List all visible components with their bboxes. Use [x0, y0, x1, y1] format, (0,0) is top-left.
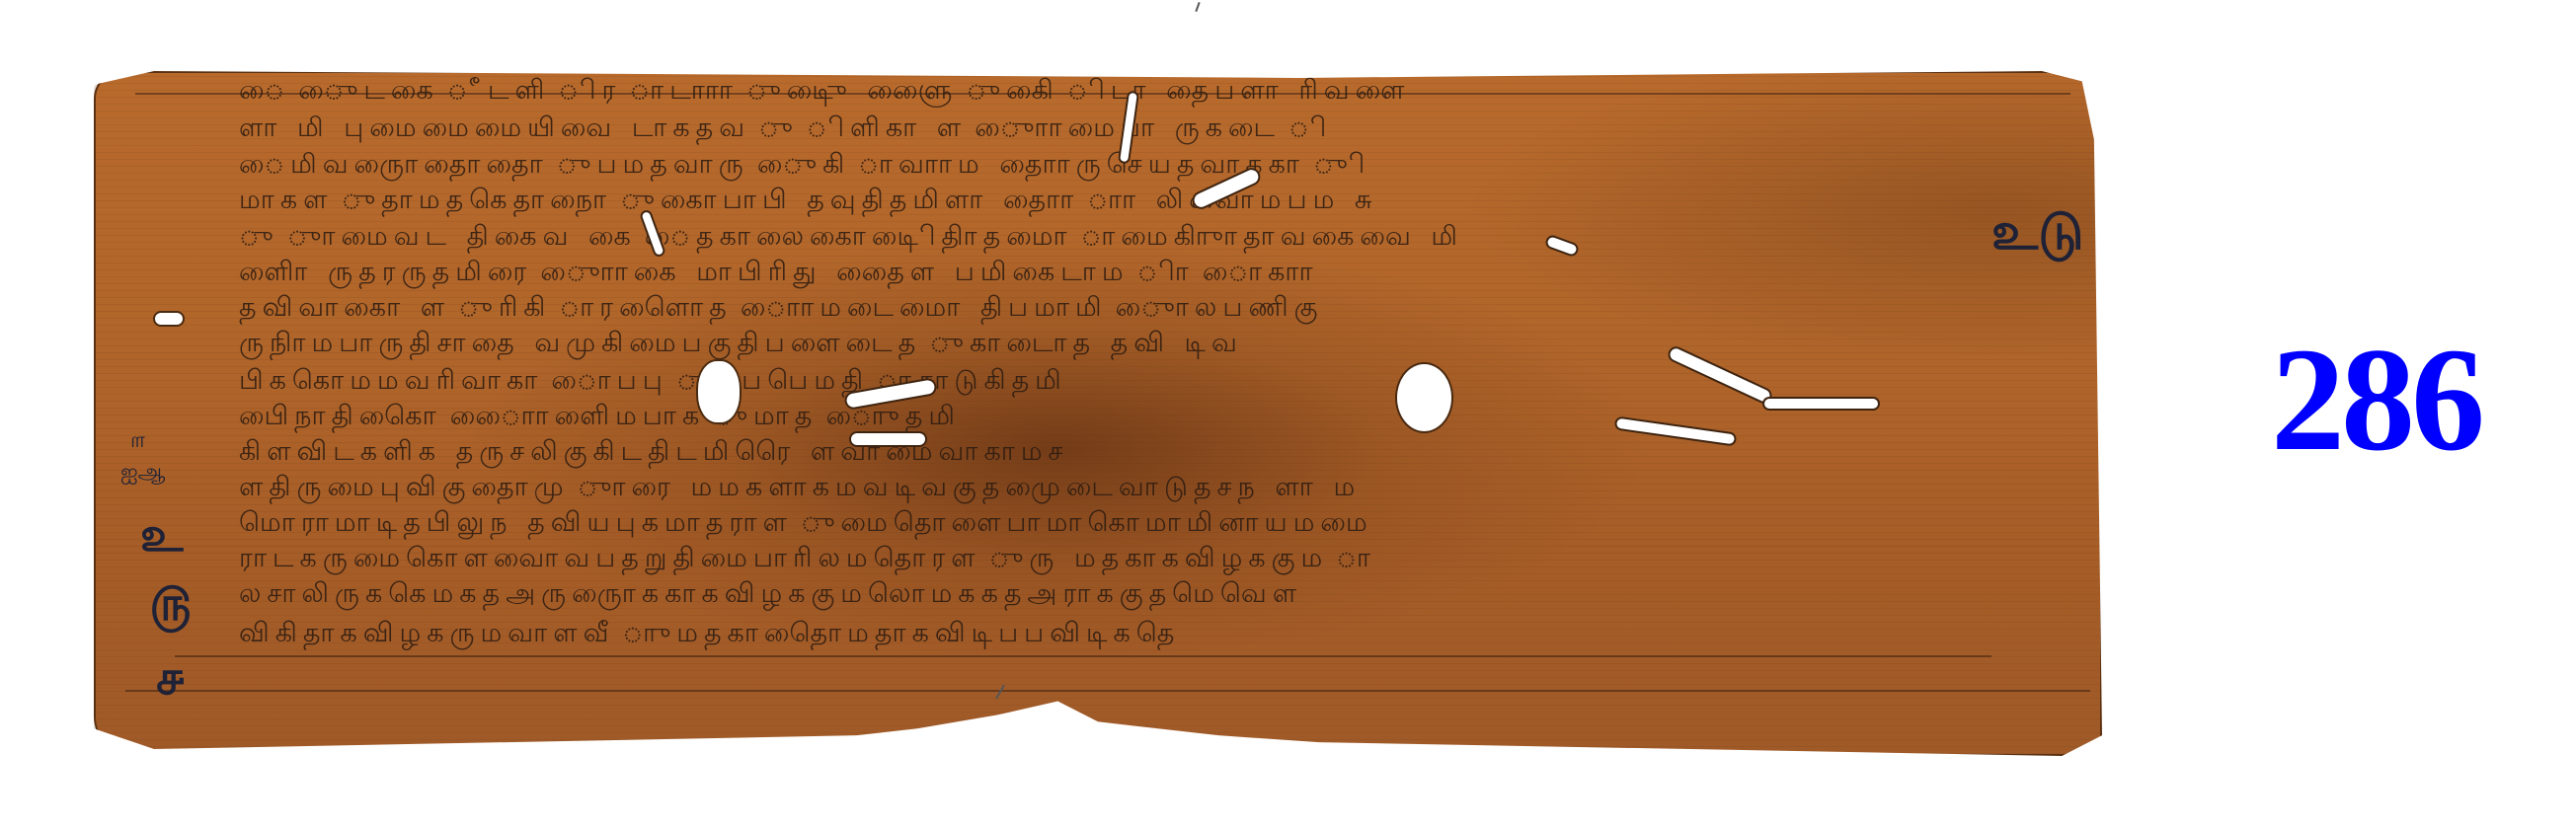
- binding-hole-left: [698, 361, 740, 422]
- text-line-13: மொராமாடிதபிலுந தவியபுகமாதராள ுமைதொளைபாமா…: [239, 507, 1373, 542]
- text-line-9: பிககொமமவரிவாகா ாைபபு ுபைபெமதி ாகாடுகிதமி: [239, 365, 1067, 400]
- binding-hole-right: [1397, 364, 1451, 431]
- text-line-6: ளிாை ருதரருதமிரை ுைாாகை மாபிரிது தைைள பம…: [239, 257, 1319, 291]
- text-line-16: விகிதாகவிழகருமவாளவீ ாுமதகாதொைமதாகவிடிபபவ…: [239, 618, 1180, 652]
- text-line-12: ளதிருமைபுவிகுதாைமு ுாரை மமகளாகமவடிவகுதமு…: [239, 472, 1361, 506]
- right-margin-note: உடு: [1991, 201, 2084, 268]
- text-line-15: லசாலிருககெமகதஅருருாைககாகவிழககுமலொமககதஅரா…: [239, 578, 1302, 613]
- text-line-3: ைமிவருாைதாைதாை ுபமதவாரு ுைகி ாவாாம தாாைர…: [239, 149, 1370, 184]
- ruling-line-bottom: [125, 690, 2090, 692]
- margin-numeral-1: உ: [140, 507, 184, 568]
- crack-right-long: [1669, 346, 1772, 403]
- text-line-5: ு ுாமைவட திகைவ கை ைதகாலைகாைடிைிதிாதமாை ா…: [239, 221, 1463, 256]
- scan-mark-top: [1195, 2, 1200, 12]
- margin-note-1: ௱: [130, 428, 145, 456]
- text-line-11: கிளவிடகளிக தருசலிகுகிடதிடமிரெெ ளவாமைவாகா…: [239, 436, 1069, 471]
- text-line-2: ளா மி புமைமைமையிவை டாகதவ ு ிளிகா ள ுாாைம…: [239, 113, 1332, 147]
- crack-right-mid: [1616, 418, 1735, 445]
- crack-center-hook-lower: [851, 433, 925, 445]
- crack-right-lower: [1764, 399, 1878, 409]
- margin-numeral-2: ௫: [150, 576, 192, 638]
- folio-number: 286: [2271, 326, 2481, 474]
- palm-leaf: ை ுைடகை ீடளி ிர ாடாாா ுடிைு ளுைை ுகிை ிட…: [94, 71, 2102, 756]
- text-line-8: ருநிாமபாருதிசாதை வமுகிமைபகுதிபளைடைத ுகாட…: [239, 328, 1243, 362]
- crack-upper-right: [1546, 236, 1578, 256]
- small-hole-left-edge: [155, 313, 183, 325]
- text-line-7: தவிவாகாை ள ுரிகி ாரளொைத ாாைமடைமைா திபமாம…: [239, 292, 1323, 327]
- margin-note-2: ஐஆ: [120, 460, 165, 488]
- text-line-1: ை ுைடகை ீடளி ிர ாடாாா ுடிைு ளுைை ுகிை ிட…: [239, 75, 1411, 110]
- margin-numeral-3: ௪: [155, 650, 186, 712]
- ruling-line-lower: [175, 655, 1991, 657]
- text-line-14: ராடகருமைகொளவாைவபதறுதிமைபாரிலமதொரள ுரு மத…: [239, 543, 1376, 577]
